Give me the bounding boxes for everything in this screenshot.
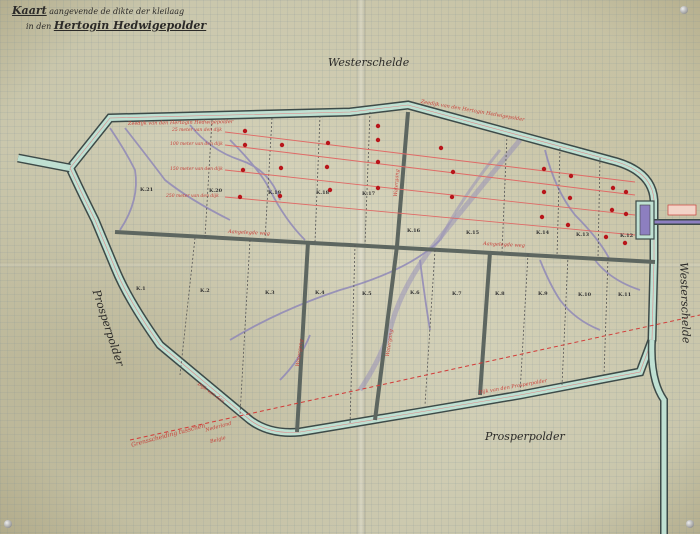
lot-label: K.2 [200,288,210,294]
distance-label-150: 150 meter van den dijk [170,167,223,172]
distance-label-25: 25 meter van den dijk [172,128,222,133]
lot-label: K.20 [209,188,222,194]
creek [110,128,136,230]
boring-points [238,124,628,245]
lot-label: K.12 [620,233,633,239]
creek [190,125,280,200]
east-road-south [480,252,490,395]
creek [230,240,440,340]
lot-label: K.7 [452,291,462,297]
map-title: Kaart aangevende de dikte der kleilaag i… [12,4,206,34]
sluice-keeper-house [668,205,696,215]
creek [595,260,640,290]
middle-road [115,232,655,262]
lot-label: K.21 [140,187,153,193]
polder-map [0,0,700,534]
label-prosperpolder-south: Prosperpolder [485,430,565,443]
lot-label: K.18 [316,190,329,196]
lot-label: K.14 [536,230,549,236]
lot-label: K.8 [495,291,505,297]
title-prefix: in den [26,22,51,31]
pushpin [680,6,688,14]
lot-label: K.17 [362,191,375,197]
lot-label: K.11 [618,292,631,298]
creek [545,150,610,260]
lot-label: K.4 [315,290,325,296]
lot-label: K.16 [407,228,420,234]
lot-label: K.13 [576,232,589,238]
pushpin [686,520,694,528]
map-sheet: Kaart aangevende de dikte der kleilaag i… [0,0,700,534]
lot-label: K.3 [265,290,275,296]
lot-label: K.5 [362,291,372,297]
lot-label: K.15 [466,230,479,236]
lot-label: K.6 [410,290,420,296]
lot-label: K.9 [538,291,548,297]
creek [280,335,310,380]
title-subtitle: aangevende de dikte der kleilaag [49,7,184,16]
distance-label-250: 250 meter van den dijk [166,194,219,199]
label-westerschelde-north: Westerschelde [328,56,409,69]
lot-label: K.1 [136,286,146,292]
creek [420,260,430,330]
distance-label-100: 100 meter van den dijk [170,142,223,147]
dike-ring [18,105,700,534]
title-polder-name: Hertogin Hedwigepolder [54,19,206,32]
pushpin [4,520,12,528]
title-kaart: Kaart [12,4,47,17]
label-westerschelde-east: Westerschelde [677,262,693,344]
west-road-south [297,242,308,432]
lot-label: K.19 [268,190,281,196]
lot-label: K.10 [578,292,591,298]
